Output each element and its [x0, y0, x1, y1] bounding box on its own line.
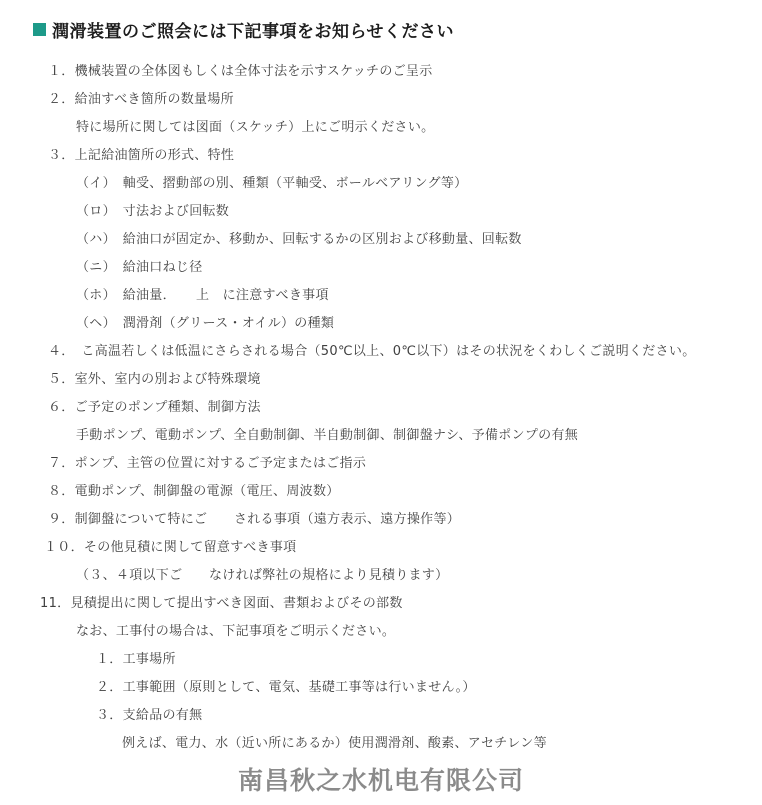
section-title-row: 潤滑装置のご照会には下記事項をお知らせください: [0, 0, 762, 41]
list-item: なお、工事付の場合は、下記事項をご明示ください。: [76, 618, 762, 646]
list-item: （ロ） 寸法および回転数: [76, 198, 762, 226]
watermark-text: 南昌秋之水机电有限公司: [0, 761, 762, 797]
list-item: （３、４項以下ご なければ弊社の規格により見積ります）: [76, 562, 762, 590]
list-item: 手動ポンプ、電動ポンプ、全自動制御、半自動制御、制御盤ナシ、予備ポンプの有無: [76, 422, 762, 450]
section-bullet-icon: [33, 23, 46, 36]
list-item: ２．工事範囲（原則として、電気、基礎工事等は行いません。）: [96, 674, 762, 702]
list-item: ７．ポンプ、主管の位置に対するご予定またはご指示: [48, 450, 762, 478]
list-item: （ニ） 給油口ねじ径: [76, 254, 762, 282]
list-item: １．工事場所: [96, 646, 762, 674]
list-item: （ホ） 給油量． 上 に注意すべき事項: [76, 282, 762, 310]
list-item: （イ） 軸受、摺動部の別、種類（平軸受、ボールベアリング等）: [76, 170, 762, 198]
list-item: １０．その他見積に関して留意すべき事項: [44, 534, 762, 562]
list-item: １．機械装置の全体図もしくは全体寸法を示すスケッチのご呈示: [48, 58, 762, 86]
list-item: ８．電動ポンプ、制御盤の電源（電圧、周波数）: [48, 478, 762, 506]
list-item: ９．制御盤について特にご される事項（遠方表示、遠方操作等）: [48, 506, 762, 534]
list-item: ５．室外、室内の別および特殊環境: [48, 366, 762, 394]
document-page: 潤滑装置のご照会には下記事項をお知らせください １．機械装置の全体図もしくは全体…: [0, 0, 762, 805]
list-item: （ヘ） 潤滑剤（グリース・オイル）の種類: [76, 310, 762, 338]
list-item: 11．見積提出に関して提出すべき図面、書類およびその部数: [40, 590, 762, 618]
list-item: ４． こ高温若しくは低温にさらされる場合（50℃以上、0℃以下）はその状況をくわ…: [48, 338, 762, 366]
list-item: ６．ご予定のポンプ種類、制御方法: [48, 394, 762, 422]
item-list: １．機械装置の全体図もしくは全体寸法を示すスケッチのご呈示２．給油すべき箇所の数…: [0, 58, 762, 758]
list-item: （ハ） 給油口が固定か、移動か、回転するかの区別および移動量、回転数: [76, 226, 762, 254]
page-title: 潤滑装置のご照会には下記事項をお知らせください: [52, 17, 454, 42]
list-item: ２．給油すべき箇所の数量場所: [48, 86, 762, 114]
list-item: 特に場所に関しては図面（スケッチ）上にご明示ください。: [76, 114, 762, 142]
list-item: 例えば、電力、水（近い所にあるか）使用潤滑剤、酸素、アセチレン等: [122, 730, 762, 758]
list-item: ３．上記給油箇所の形式、特性: [48, 142, 762, 170]
list-item: ３．支給品の有無: [96, 702, 762, 730]
